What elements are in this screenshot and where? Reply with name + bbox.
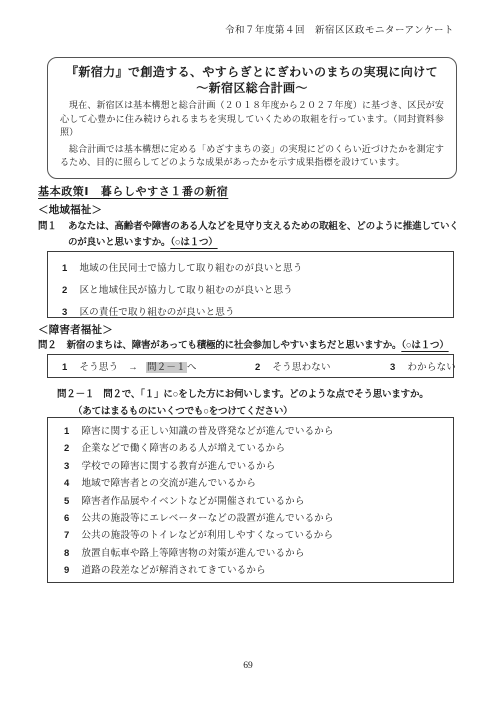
option-number: 9 bbox=[64, 562, 69, 579]
option-row: 6公共の施設等にエレベーターなどの設置が進んでいるから bbox=[64, 510, 453, 527]
option-number: 8 bbox=[64, 545, 69, 562]
option-label: 障害に関する正しい知識の普及啓発などが進んでいるから bbox=[81, 426, 333, 437]
questionnaire-page: 令和７年度第４回 新宿区区政モニターアンケート 『新宿力』で創造する、やすらぎと… bbox=[0, 0, 496, 702]
option-row: 1障害に関する正しい知識の普及啓発などが進んでいるから bbox=[64, 423, 453, 440]
question-2-1-label: 問２－１ bbox=[57, 388, 94, 402]
option-label: 道路の段差などが解消されてきているから bbox=[81, 565, 265, 576]
plan-title-line2: ～新宿区総合計画～ bbox=[60, 80, 444, 96]
option-number: 4 bbox=[64, 475, 69, 492]
question-1: 問１ あなたは、高齢者や障害のある人などを見守り支えるための取組を、どのように推… bbox=[38, 219, 462, 251]
question-1-note: （○は１つ） bbox=[170, 237, 217, 248]
option-number: 2 bbox=[255, 362, 260, 373]
option-label: 障害者作品展やイベントなどが開催されているから bbox=[81, 496, 304, 507]
question-2-body: 新宿のまちは、障害があっても積極的に社会参加しやすいまちだと思いますか。 bbox=[67, 340, 402, 351]
option-number: 7 bbox=[64, 527, 69, 544]
question-2-1-body: 問２で、「１」に○をした方にお伺いします。どのような点でそう思いますか。 bbox=[103, 388, 428, 402]
subsection-disability-welfare: ＜障害者福祉＞ bbox=[38, 322, 113, 337]
option-label: 学校での障害に関する教育が進んでいるから bbox=[81, 461, 275, 472]
plan-title-line1: 『新宿力』で創造する、やすらぎとにぎわいのまちの実現に向けて bbox=[60, 64, 444, 80]
arrow-right-glyph: → bbox=[128, 362, 138, 373]
intro-paragraph-1: 現在、新宿区は基本構想と総合計画（２０１８年度から２０２７年度）に基づき、区民が… bbox=[60, 99, 444, 140]
jump-reference-q2-1: 問２－１ bbox=[146, 362, 187, 373]
question-1-text: あなたは、高齢者や障害のある人などを見守り支えるための取組を、どのように推進して… bbox=[68, 219, 462, 251]
question-1-options-box: 1地域の住民同士で協力して取り組むのが良いと思う 2区と地域住民が協力して取り組… bbox=[47, 251, 454, 318]
option-row: 3区の責任で取り組むのが良いと思う bbox=[62, 302, 453, 324]
option-row: 9道路の段差などが解消されてきているから bbox=[64, 562, 453, 579]
option-number: 6 bbox=[64, 510, 69, 527]
page-number: 69 bbox=[0, 661, 496, 671]
option-row: 2そう思わない bbox=[255, 359, 390, 373]
question-2: 問２新宿のまちは、障害があっても積極的に社会参加しやすいまちだと思いますか。（○… bbox=[38, 338, 462, 354]
option-row: 8放置自転車や路上等障害物の対策が進んでいるから bbox=[64, 545, 453, 562]
option-label: そう思う bbox=[79, 362, 118, 373]
document-header-title: 令和７年度第４回 新宿区区政モニターアンケート bbox=[225, 22, 454, 36]
option-number: 3 bbox=[64, 458, 69, 475]
option-number: 2 bbox=[62, 280, 67, 302]
option-number: 5 bbox=[64, 493, 69, 510]
option-row: 1地域の住民同士で協力して取り組むのが良いと思う bbox=[62, 258, 453, 280]
option-row: 5障害者作品展やイベントなどが開催されているから bbox=[64, 493, 453, 510]
option-number: 1 bbox=[64, 423, 69, 440]
question-2-1: 問２－１問２で、「１」に○をした方にお伺いします。どのような点でそう思いますか。… bbox=[57, 388, 467, 419]
option-number: 1 bbox=[62, 258, 67, 280]
option-row: 4地域で障害者との交流が進んでいるから bbox=[64, 475, 453, 492]
option-label: 地域で障害者との交流が進んでいるから bbox=[81, 478, 256, 489]
option-label: 企業などで働く障害のある人が増えているから bbox=[81, 443, 285, 454]
option-number: 2 bbox=[64, 440, 69, 457]
question-1-body: あなたは、高齢者や障害のある人などを見守り支えるための取組を、どのように推進して… bbox=[68, 221, 459, 248]
question-2-note: （○は１つ） bbox=[401, 340, 448, 351]
option-label: そう思わない bbox=[272, 362, 330, 373]
section-heading-basic-policy-1: 基本政策Ⅰ 暮らしやすさ１番の新宿 bbox=[38, 183, 228, 199]
option-number: 1 bbox=[62, 362, 67, 373]
option-row: 2企業などで働く障害のある人が増えているから bbox=[64, 440, 453, 457]
option-row: 1そう思う→問２－１へ bbox=[62, 359, 255, 373]
question-2-1-options-box: 1障害に関する正しい知識の普及啓発などが進んでいるから 2企業などで働く障害のあ… bbox=[47, 417, 454, 583]
option-label: わからない bbox=[407, 362, 456, 373]
option-label: 区と地域住民が協力して取り組むのが良いと思う bbox=[79, 285, 292, 296]
jump-reference-suffix: へ bbox=[187, 362, 197, 373]
intro-plan-box: 『新宿力』で創造する、やすらぎとにぎわいのまちの実現に向けて ～新宿区総合計画～… bbox=[47, 57, 457, 179]
option-label: 地域の住民同士で協力して取り組むのが良いと思う bbox=[79, 263, 302, 274]
question-2-options-box: 1そう思う→問２－１へ 2そう思わない 3わからない bbox=[47, 354, 454, 378]
question-1-label: 問１ bbox=[38, 219, 68, 251]
subsection-community-welfare: ＜地域福祉＞ bbox=[38, 202, 102, 217]
question-2-1-line: 問２－１問２で、「１」に○をした方にお伺いします。どのような点でそう思いますか。 bbox=[57, 388, 467, 402]
option-label: 公共の施設等のトイレなどが利用しやすくなっているから bbox=[81, 530, 333, 541]
option-row: 3学校での障害に関する教育が進んでいるから bbox=[64, 458, 453, 475]
option-label: 区の責任で取り組むのが良いと思う bbox=[79, 307, 234, 318]
option-number: 3 bbox=[390, 362, 395, 373]
intro-paragraph-2: 総合計画では基本構想に定める「めざすまちの姿」の実現にどのくらい近づけたかを測定… bbox=[60, 143, 444, 170]
option-row: 7公共の施設等のトイレなどが利用しやすくなっているから bbox=[64, 527, 453, 544]
option-row: 3わからない bbox=[390, 359, 456, 373]
option-row: 2区と地域住民が協力して取り組むのが良いと思う bbox=[62, 280, 453, 302]
option-label: 放置自転車や路上等障害物の対策が進んでいるから bbox=[81, 548, 304, 559]
question-2-label: 問２ bbox=[38, 340, 57, 351]
option-label: 公共の施設等にエレベーターなどの設置が進んでいるから bbox=[81, 513, 333, 524]
option-number: 3 bbox=[62, 302, 67, 324]
